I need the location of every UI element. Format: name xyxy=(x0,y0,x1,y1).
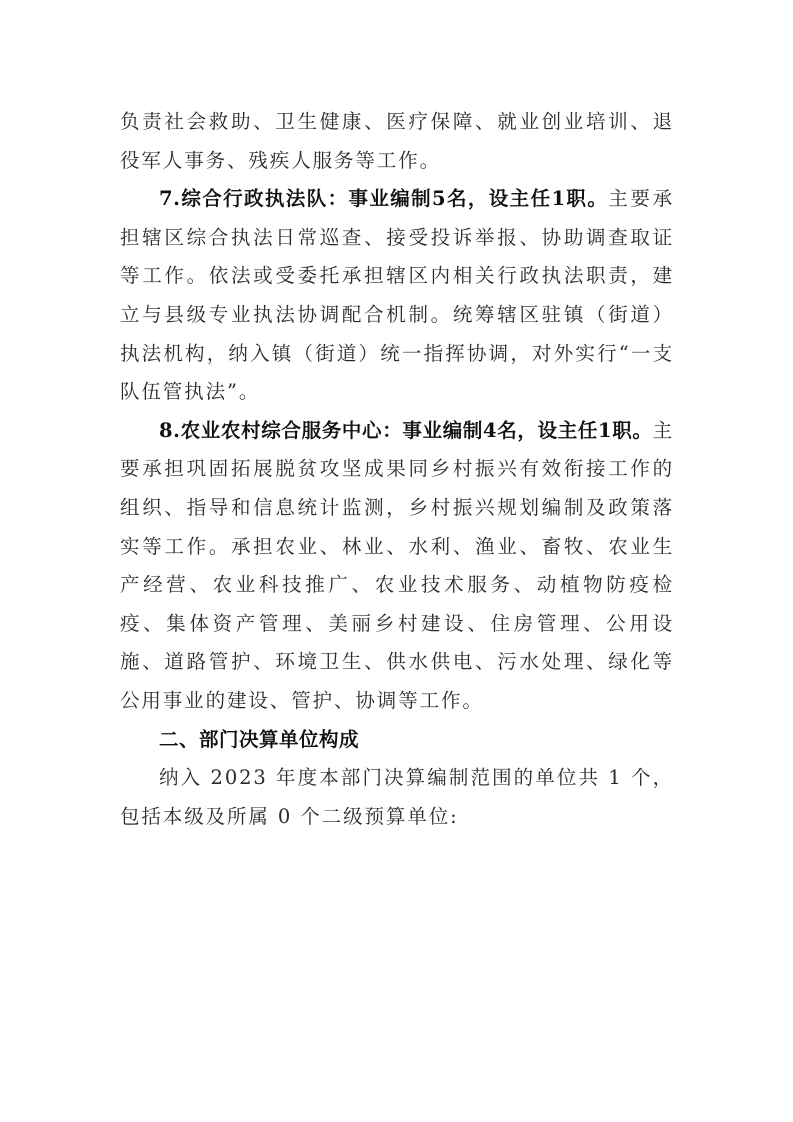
item-8-body: 主要承担巩固拓展脱贫攻坚成果同乡村振兴有效衔接工作的组织、指导和信息统计监测，乡… xyxy=(120,419,674,712)
item-7-title: 7.综合行政执法队：事业编制5名，设主任1职。 xyxy=(159,187,608,210)
item-7-body: 主要承担辖区综合执法日常巡查、接受投诉举报、协助调查取证等工作。依法或受委托承担… xyxy=(120,187,674,403)
item-7-paragraph: 7.综合行政执法队：事业编制5名，设主任1职。主要承担辖区综合执法日常巡查、接受… xyxy=(120,180,674,412)
item-8-title: 8.农业农村综合服务中心：事业编制4名，设主任1职。 xyxy=(159,419,653,442)
paragraph-continued: 负责社会救助、卫生健康、医疗保障、就业创业培训、退役军人事务、残疾人服务等工作。 xyxy=(120,103,674,180)
item-8-paragraph: 8.农业农村综合服务中心：事业编制4名，设主任1职。主要承担巩固拓展脱贫攻坚成果… xyxy=(120,412,674,721)
document-page: 负责社会救助、卫生健康、医疗保障、就业创业培训、退役军人事务、残疾人服务等工作。… xyxy=(120,103,674,836)
section-2-heading: 二、部门决算单位构成 xyxy=(120,721,674,760)
section-2-body: 纳入 2023 年度本部门决算编制范围的单位共 1 个，包括本级及所属 0 个二… xyxy=(120,759,674,836)
